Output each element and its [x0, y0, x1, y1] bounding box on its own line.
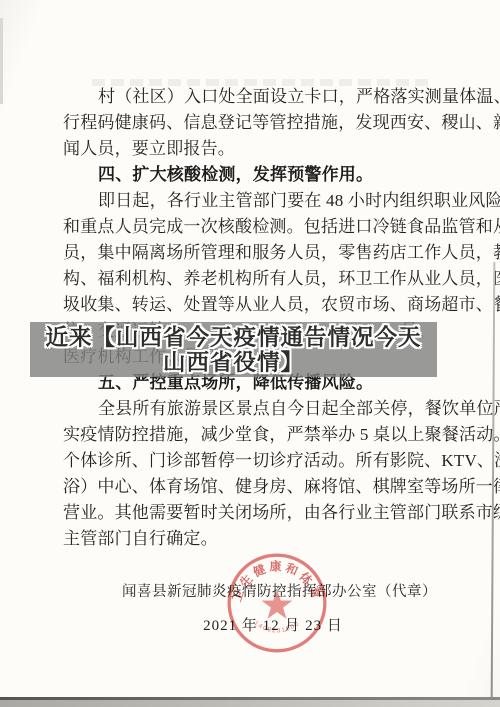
- doc-text-line: 即日起，各行业主管部门要在 48 小时内组织职业风险人群: [63, 188, 435, 214]
- doc-heading-line: 四、扩大核酸检测，发挥预警作用。: [63, 162, 435, 188]
- official-red-seal: 卫生健康和体育 1408231000: [225, 551, 329, 655]
- photographed-notice-document: 村（社区）入口处全面设立卡口，严格落实测量体温、查验行程码健康码、信息登记等管控…: [0, 0, 500, 707]
- doc-text-line: 村（社区）入口处全面设立卡口，严格落实测量体温、查验: [63, 84, 435, 110]
- seal-star-icon: [262, 589, 293, 618]
- doc-text-line: 员，集中隔离场所管理和服务人员，零售药店工作人员，教育机: [63, 240, 435, 266]
- doc-text-line: 闻人员，要立即报告。: [63, 136, 435, 162]
- doc-text-line: 个体诊所、门诊部暂停一切诊疗活动。所有影院、KTV、洗浴（足: [63, 448, 435, 474]
- seal-code-number: 1408231000: [253, 620, 302, 635]
- doc-text-line: 营业。其他需要暂时关闭场所，由各行业主管部门联系市级行业: [63, 500, 435, 526]
- doc-text-line: 和重点人员完成一次核酸检测。包括进口冷链食品监管和从业人: [63, 214, 435, 240]
- photo-edge-left: [0, 18, 3, 104]
- doc-text-line: 圾收集、转运、处置等从业人员，农贸市场、商场超市、餐饮单: [63, 292, 435, 318]
- document-body: 村（社区）入口处全面设立卡口，严格落实测量体温、查验行程码健康码、信息登记等管控…: [63, 84, 435, 552]
- photo-background-bottom: [0, 700, 500, 707]
- doc-text-line: 主管部门自行确定。: [63, 526, 435, 552]
- doc-text-line: 全县所有旅游景区景点自今日起全部关停，餐饮单位严格落: [63, 396, 435, 422]
- headline-title-line1: 近来【山西省今天疫情通告情况今天: [45, 325, 421, 350]
- doc-text-line: 行程码健康码、信息登记等管控措施，发现西安、稷山、新绛返: [63, 110, 435, 136]
- svg-text:1408231000: 1408231000: [253, 620, 302, 635]
- doc-text-line: 浴）中心、体育场馆、健身房、麻将馆、棋牌室等场所一律暂停: [63, 474, 435, 500]
- headline-title-line2: 山西省役情】: [163, 350, 304, 375]
- doc-text-line: 实疫情防控措施，减少堂食，严禁举办 5 桌以上聚餐活动。全县: [63, 422, 435, 448]
- doc-text-line: 构、福利机构、养老机构所有人员，环卫工作从业人员，医疗垃: [63, 266, 435, 292]
- headline-overlay-band: 近来【山西省今天疫情通告情况今天 山西省役情】: [30, 322, 437, 377]
